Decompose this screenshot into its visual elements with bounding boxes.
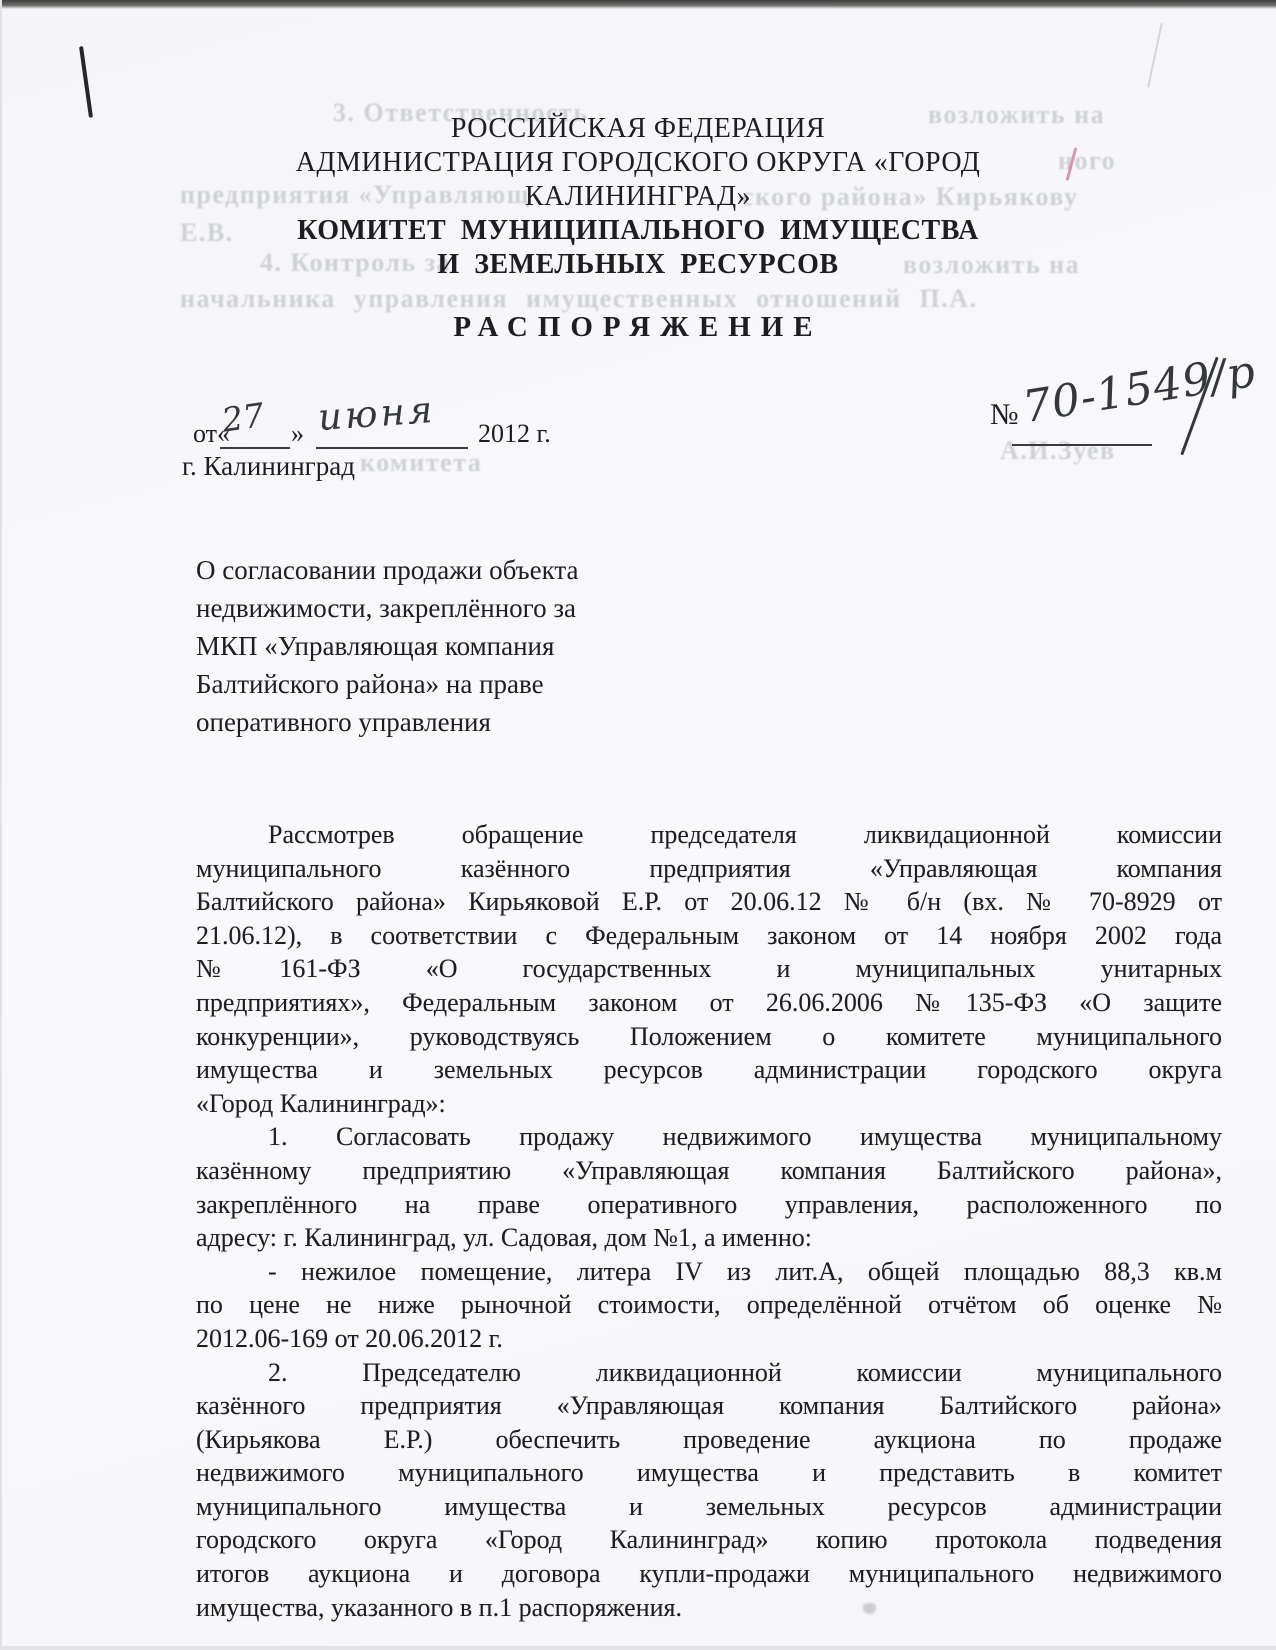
subject-line: МКП «Управляющая компания — [196, 627, 756, 665]
number-sign: № — [990, 398, 1019, 432]
bleed-fragment: начальника управления имущественных отно… — [180, 284, 978, 314]
subject-line: недвижимости, закреплённого за — [196, 589, 756, 627]
date-quote-close: » — [291, 419, 304, 449]
header-country: РОССИЙСКАЯ ФЕДЕРАЦИЯ — [7, 112, 1269, 146]
scan-crease-line — [1147, 23, 1162, 88]
body-line: (Кирьякова Е.Р.) обеспечить проведение а… — [196, 1423, 1222, 1457]
city-label: г. Калининград — [182, 451, 355, 482]
body-line: 1. Согласовать продажу недвижимого имуще… — [196, 1120, 1222, 1154]
body-line: имущества и земельных ресурсов администр… — [196, 1053, 1222, 1087]
body-line: муниципального казённого предприятия «Уп… — [196, 852, 1222, 886]
body-line: предприятиях», Федеральным законом от 26… — [196, 986, 1222, 1020]
body-line: 2012.06-169 от 20.06.2012 г. — [196, 1322, 1222, 1356]
smudge-mark — [863, 1603, 876, 1614]
subject-block: О согласовании продажи объекта недвижимо… — [196, 551, 756, 741]
scanned-document-page: 3. Ответственность возложить на ного пре… — [0, 0, 1276, 1650]
header-org-line1: АДМИНИСТРАЦИЯ ГОРОДСКОГО ОКРУГА «ГОРОД — [7, 146, 1269, 180]
document-header: РОССИЙСКАЯ ФЕДЕРАЦИЯ АДМИНИСТРАЦИЯ ГОРОД… — [7, 112, 1269, 282]
number-underline — [1012, 444, 1152, 446]
body-line: по цене не ниже рыночной стоимости, опре… — [196, 1288, 1222, 1322]
body-line: казённому предприятию «Управляющая компа… — [196, 1154, 1222, 1188]
scan-edge-bottom — [0, 1646, 1276, 1650]
handwritten-number: 70-1549/р — [1019, 346, 1259, 433]
body-line: №161-ФЗ «О государственных и муниципальн… — [196, 952, 1222, 986]
header-org-line2: КАЛИНИНГРАД» — [7, 180, 1269, 214]
scan-edge-top — [0, 0, 1276, 9]
day-underline — [220, 447, 290, 449]
body-line: закреплённого на праве оперативного упра… — [196, 1188, 1222, 1222]
header-committee-line1: КОМИТЕТ МУНИЦИПАЛЬНОГО ИМУЩЕСТВА — [7, 214, 1269, 248]
handwritten-day: 27 — [219, 395, 266, 439]
subject-line: О согласовании продажи объекта — [196, 551, 756, 589]
pen-stroke-mark — [79, 46, 92, 118]
body-line: конкуренции», руководствуясь Положением … — [196, 1020, 1222, 1054]
header-committee-line2: И ЗЕМЕЛЬНЫХ РЕСУРСОВ — [7, 248, 1269, 282]
body-line: муниципального имущества и земельных рес… — [196, 1490, 1222, 1524]
scan-edge-left — [0, 0, 2, 1650]
body-line: 21.06.12), в соответствии с Федеральным … — [196, 919, 1222, 953]
body-line: «Город Калининград»: — [196, 1087, 1222, 1121]
month-underline — [316, 447, 468, 449]
body-line: 2. Председателю ликвидационной комиссии … — [196, 1356, 1222, 1390]
body-line: недвижимого муниципального имущества и п… — [196, 1456, 1222, 1490]
body-line: казённого предприятия «Управляющая компа… — [196, 1389, 1222, 1423]
subject-line: Балтийского района» на праве — [196, 665, 756, 703]
body-line: Балтийского района» Кирьяковой Е.Р. от 2… — [196, 885, 1222, 919]
body-line: Рассмотрев обращение председателя ликвид… — [196, 818, 1222, 852]
body-line: имущества, указанного в п.1 распоряжения… — [196, 1591, 1222, 1625]
bleed-fragment-signature: А.И.Зуев — [1000, 436, 1116, 466]
document-body: Рассмотрев обращение председателя ликвид… — [196, 818, 1222, 1624]
subject-line: оперативного управления — [196, 703, 756, 741]
bleed-fragment: комитета — [360, 448, 482, 478]
body-line: - нежилое помещение, литера IV из лит.А,… — [196, 1255, 1222, 1289]
body-line: городского округа «Город Калининград» ко… — [196, 1523, 1222, 1557]
handwritten-month: июня — [317, 388, 437, 439]
body-line: итогов аукциона и договора купли-продажи… — [196, 1557, 1222, 1591]
body-line: адресу: г. Калининград, ул. Садовая, дом… — [196, 1221, 1222, 1255]
document-type-title: РАСПОРЯЖЕНИЕ — [7, 311, 1269, 344]
date-year: 2012 г. — [478, 419, 551, 449]
